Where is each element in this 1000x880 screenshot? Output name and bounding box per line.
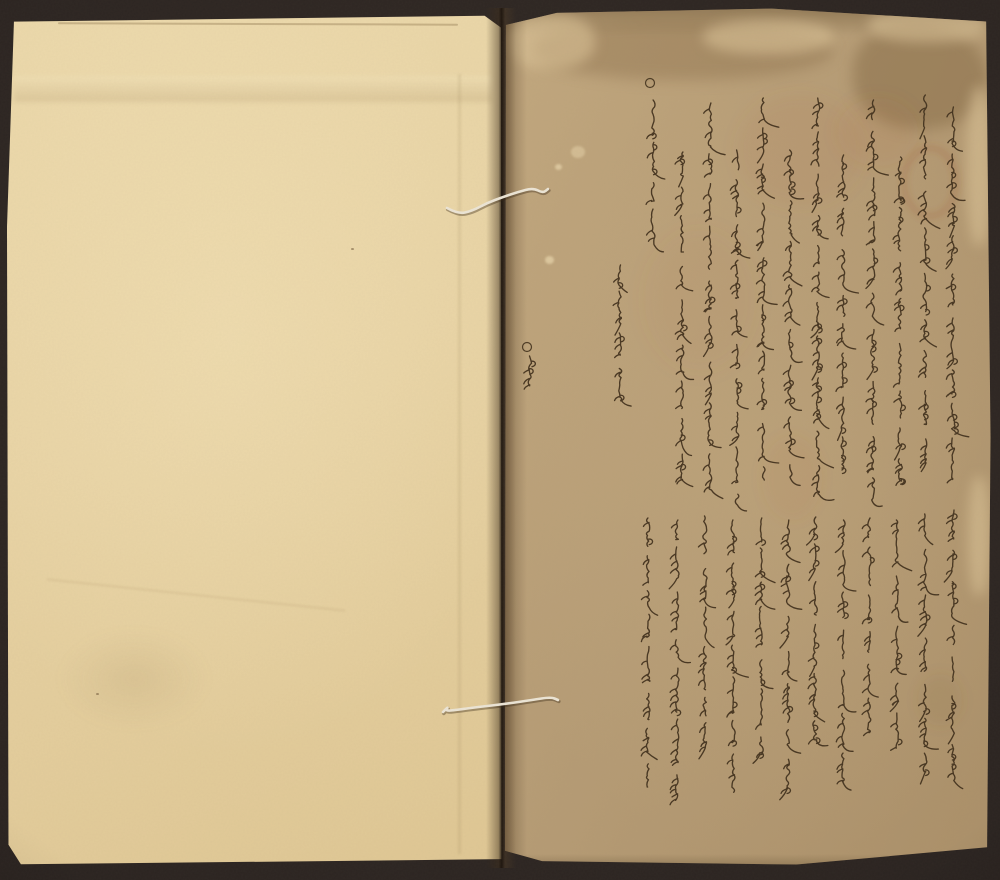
paper-chip <box>555 164 562 170</box>
worn-edge-streak <box>968 476 990 596</box>
verso-blank-page <box>6 14 502 866</box>
paper-fold <box>14 76 492 104</box>
paper-crease <box>47 578 346 611</box>
worn-light-patch <box>868 8 988 42</box>
paper-chip <box>545 256 554 264</box>
under-sheet-edge <box>58 22 458 25</box>
worn-edge-streak <box>966 86 992 246</box>
paper-wrinkle <box>34 614 234 744</box>
worn-light-patch <box>703 20 833 54</box>
photo-background <box>0 0 1000 880</box>
binding-gutter <box>486 8 516 868</box>
paper-crease <box>458 74 461 854</box>
bottom-edge-shading <box>503 854 992 868</box>
paper-chip <box>571 146 585 158</box>
paper-speck <box>351 248 354 250</box>
recto-text-page <box>503 6 992 868</box>
paper-speck <box>96 693 99 695</box>
